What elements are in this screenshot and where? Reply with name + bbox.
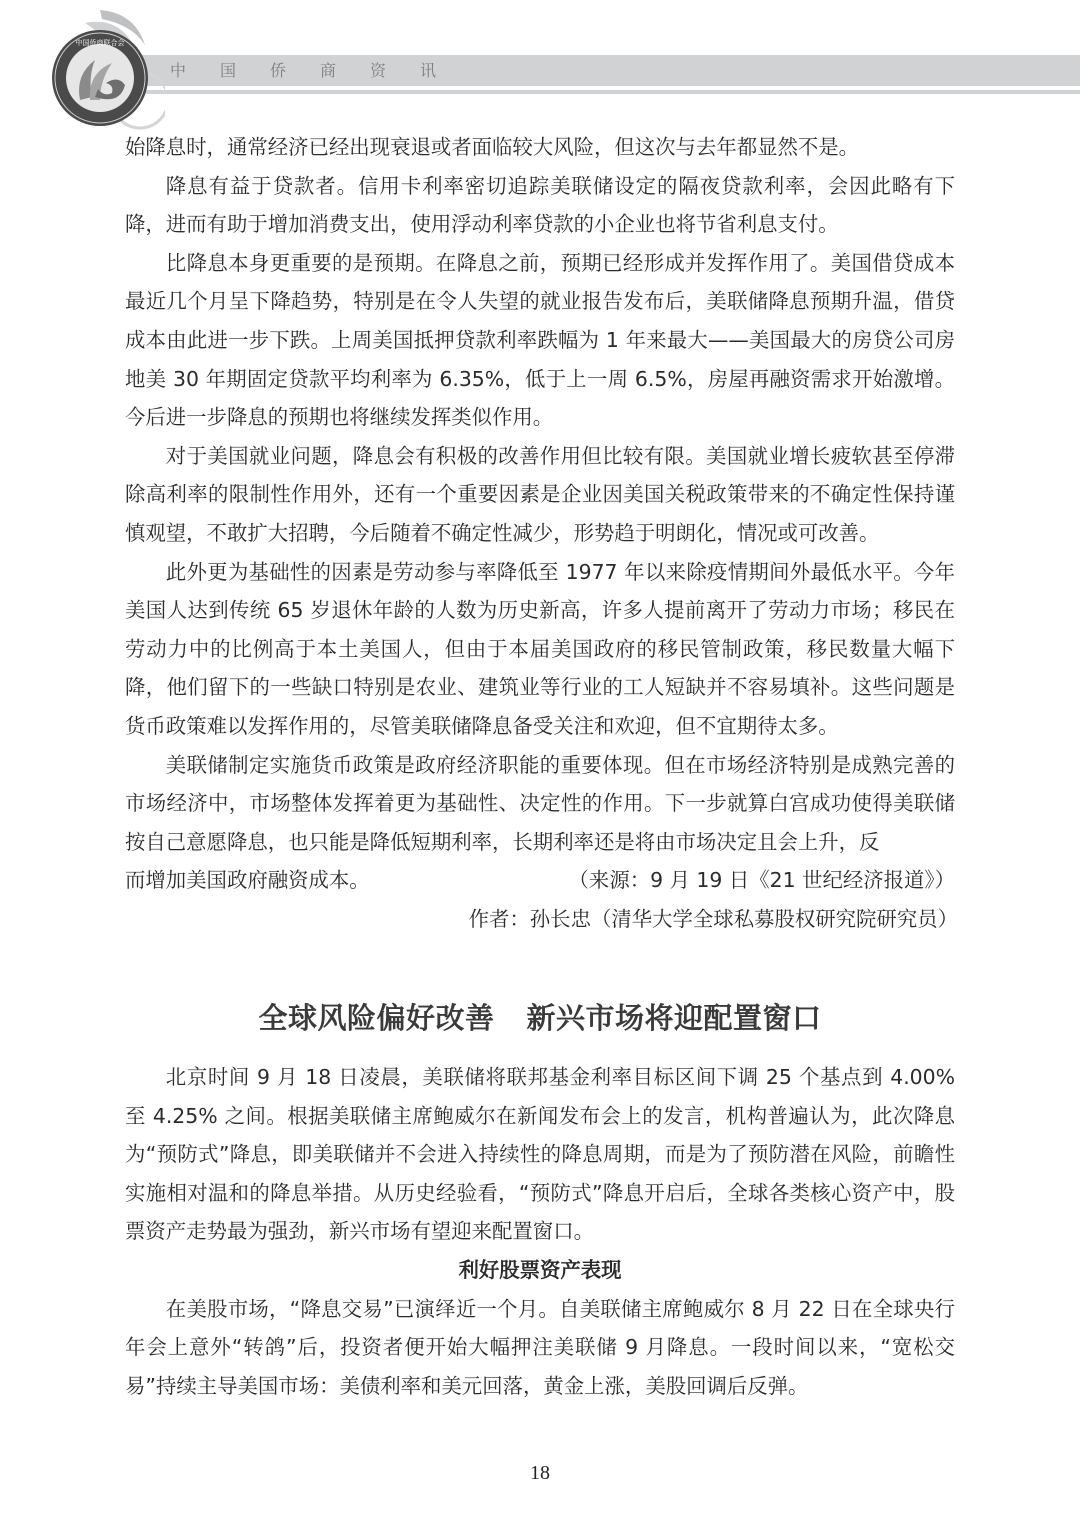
paragraph: 美联储制定实施货币政策是政府经济职能的重要体现。但在市场经济特别是成熟完善的市场…: [125, 746, 955, 862]
title-char: 中: [170, 60, 220, 82]
federation-logo-icon: 中国侨商联合会: [40, 5, 165, 130]
closing-line: 而增加美国政府融资成本。 （来源：9 月 19 日《21 世纪经济报道》）: [125, 861, 955, 900]
paragraph: 比降息本身更重要的是预期。在降息之前，预期已经形成并发挥作用了。美国借贷成本最近…: [125, 244, 955, 437]
paragraph: 在美股市场，“降息交易”已演绎近一个月。自美联储主席鲍威尔 8 月 22 日在全…: [125, 1290, 955, 1406]
page-number: 18: [0, 1462, 1080, 1485]
title-char: 商: [320, 60, 370, 82]
title-char: 侨: [270, 60, 320, 82]
paragraph: 降息有益于贷款者。信用卡利率密切追踪美联储设定的隔夜贷款利率，会因此略有下降，进…: [125, 167, 955, 244]
article-title: 全球风险偏好改善新兴市场将迎配置窗口: [0, 996, 1080, 1037]
source-citation: （来源：9 月 19 日《21 世纪经济报道》）: [569, 861, 955, 900]
title-part-2: 新兴市场将迎配置窗口: [527, 1001, 822, 1035]
section-subheading: 利好股票资产表现: [125, 1251, 955, 1290]
article-body-2: 北京时间 9 月 18 日凌晨，美联储将联邦基金利率目标区间下调 25 个基点到…: [125, 1058, 955, 1405]
title-part-1: 全球风险偏好改善: [258, 1001, 494, 1035]
paragraph: 对于美国就业问题，降息会有积极的改善作用但比较有限。美国就业增长疲软甚至停滞除高…: [125, 437, 955, 553]
title-char: 讯: [420, 60, 470, 82]
publication-title: 中 国 侨 商 资 讯: [170, 60, 470, 82]
paragraph: 始降息时，通常经济已经出现衰退或者面临较大风险，但这次与去年都显然不是。: [125, 128, 955, 167]
closing-text: 而增加美国政府融资成本。: [125, 861, 370, 900]
title-char: 资: [370, 60, 420, 82]
author-credit: 作者：孙长忠（清华大学全球私募股权研究院研究员）: [125, 900, 958, 939]
paragraph: 此外更为基础性的因素是劳动参与率降低至 1977 年以来除疫情期间外最低水平。今…: [125, 553, 955, 746]
article-body: 始降息时，通常经济已经出现衰退或者面临较大风险，但这次与去年都显然不是。 降息有…: [125, 128, 955, 938]
paragraph: 北京时间 9 月 18 日凌晨，美联储将联邦基金利率目标区间下调 25 个基点到…: [125, 1058, 955, 1251]
svg-text:中国侨商联合会: 中国侨商联合会: [76, 38, 125, 47]
header-rule: [145, 90, 1080, 94]
title-char: 国: [220, 60, 270, 82]
